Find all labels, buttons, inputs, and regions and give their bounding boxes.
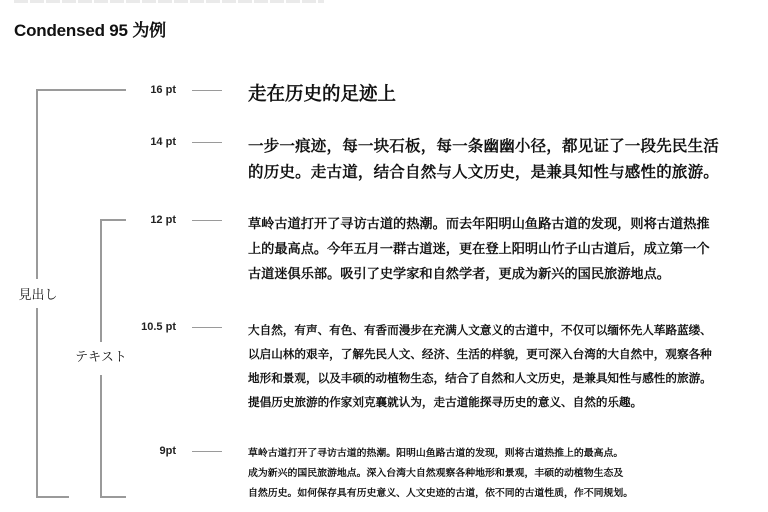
connector-16pt [192,90,222,91]
sample-16pt: 走在历史的足迹上 [248,84,396,106]
sample-12pt: 草岭古道打开了寻访古道的热潮。而去年阳明山鱼路古道的发现，则将古道热推 上的最高… [248,212,710,287]
heading-bracket-lower [36,308,38,498]
sample-line: 以启山林的艰辛，了解先民人文、经济、生活的样貌，更可深入台湾的大自然中，观察各种 [248,342,712,366]
connector-12pt [192,220,222,221]
text-bracket-lower [100,375,102,498]
heading-bracket-top [36,89,126,91]
sample-line: 成为新兴的国民旅游地点。深入台湾大自然观察各种地形和景观，丰硕的动植物生态及 [248,464,633,484]
clipped-top-text [14,0,324,3]
heading-bracket-bottom [36,496,69,498]
text-bracket-upper [100,219,102,342]
sample-line: 提倡历史旅游的作家刘克襄就认为，走古道能探寻历史的意义、自然的乐趣。 [248,390,712,414]
heading-bracket-upper [36,89,38,279]
text-bracket-bottom [100,496,126,498]
sample-line: 大自然，有声、有色、有香而漫步在充满人文意义的古道中，不仅可以缅怀先人荜路蓝缕、 [248,318,712,342]
size-label-16pt: 16 pt [150,84,176,96]
size-label-10-5pt: 10.5 pt [141,321,176,333]
sample-line: 自然历史。如何保存具有历史意义、人文史迹的古道，依不同的古道性质，作不同规划。 [248,484,633,504]
sample-line: 的历史。走古道，结合自然与人文历史，是兼具知性与感性的旅游。 [248,159,719,185]
sample-line: 草岭古道打开了寻访古道的热潮。阳明山鱼路古道的发现，则将古道热推上的最高点。 [248,444,633,464]
sample-line: 上的最高点。今年五月一群古道迷，更在登上阳明山竹子山古道后，成立第一个 [248,237,710,262]
size-label-14pt: 14 pt [150,136,176,148]
heading-group-label: 見出し [16,288,59,304]
sample-line: 草岭古道打开了寻访古道的热潮。而去年阳明山鱼路古道的发现，则将古道热推 [248,212,710,237]
sample-14pt: 一步一痕迹，每一块石板，每一条幽幽小径，都见证了一段先民生活 的历史。走古道，结… [248,133,719,185]
page-title: Condensed 95 为例 [14,16,166,41]
sample-line: 地形和景观，以及丰硕的动植物生态，结合了自然和人文历史，是兼具知性与感性的旅游。 [248,366,712,390]
connector-10-5pt [192,327,222,328]
size-label-9pt: 9pt [160,445,177,457]
sample-line: 古道迷俱乐部。吸引了史学家和自然学者，更成为新兴的国民旅游地点。 [248,262,710,287]
sample-10-5pt: 大自然，有声、有色、有香而漫步在充满人文意义的古道中，不仅可以缅怀先人荜路蓝缕、… [248,318,712,414]
sample-9pt: 草岭古道打开了寻访古道的热潮。阳明山鱼路古道的发现，则将古道热推上的最高点。 成… [248,444,633,504]
text-group-label: テキスト [73,350,129,366]
connector-14pt [192,142,222,143]
connector-9pt [192,451,222,452]
sample-line: 走在历史的足迹上 [248,84,396,106]
text-bracket-top [100,219,126,221]
sample-line: 一步一痕迹，每一块石板，每一条幽幽小径，都见证了一段先民生活 [248,133,719,159]
size-label-12pt: 12 pt [150,214,176,226]
